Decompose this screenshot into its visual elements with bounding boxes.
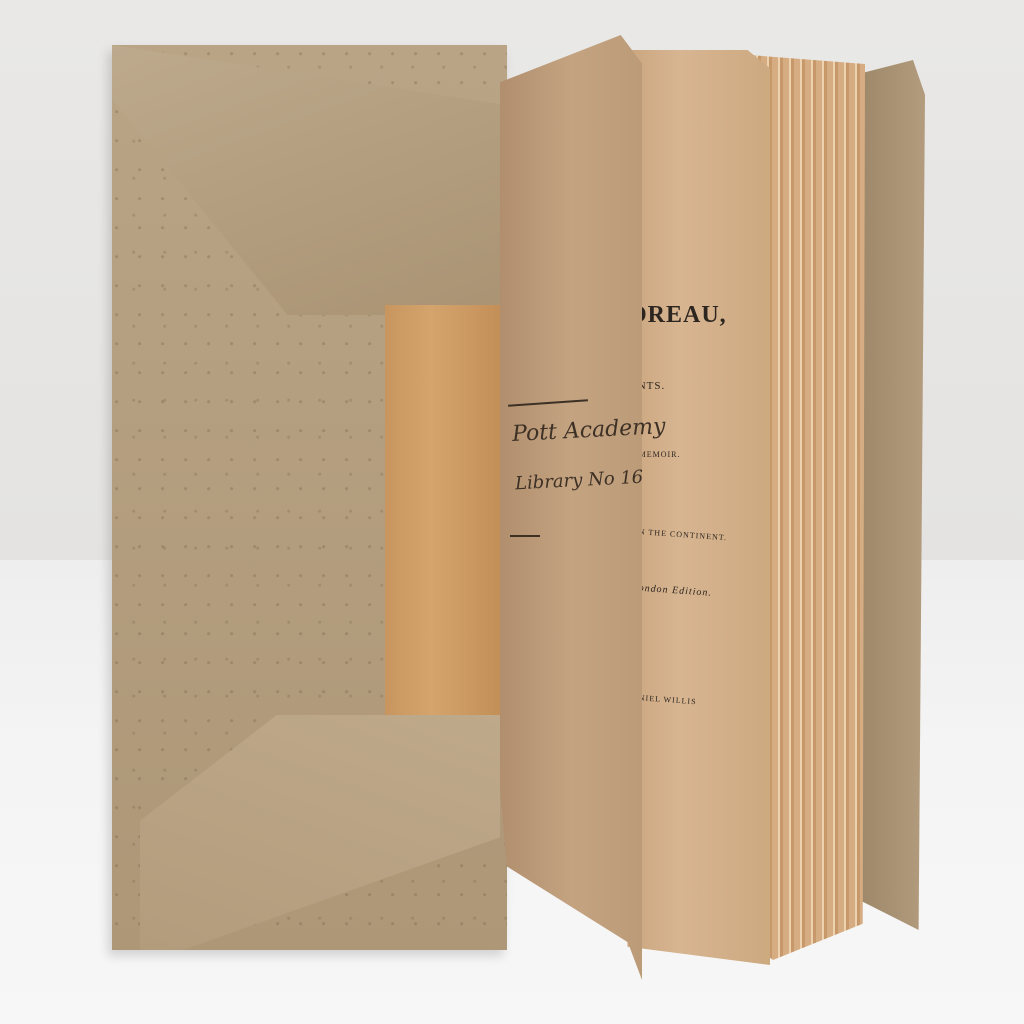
flyleaf-page [500,35,642,980]
ink-flourish [510,535,540,537]
title-page [620,50,770,965]
title-line-2: OREAU, [628,302,727,329]
